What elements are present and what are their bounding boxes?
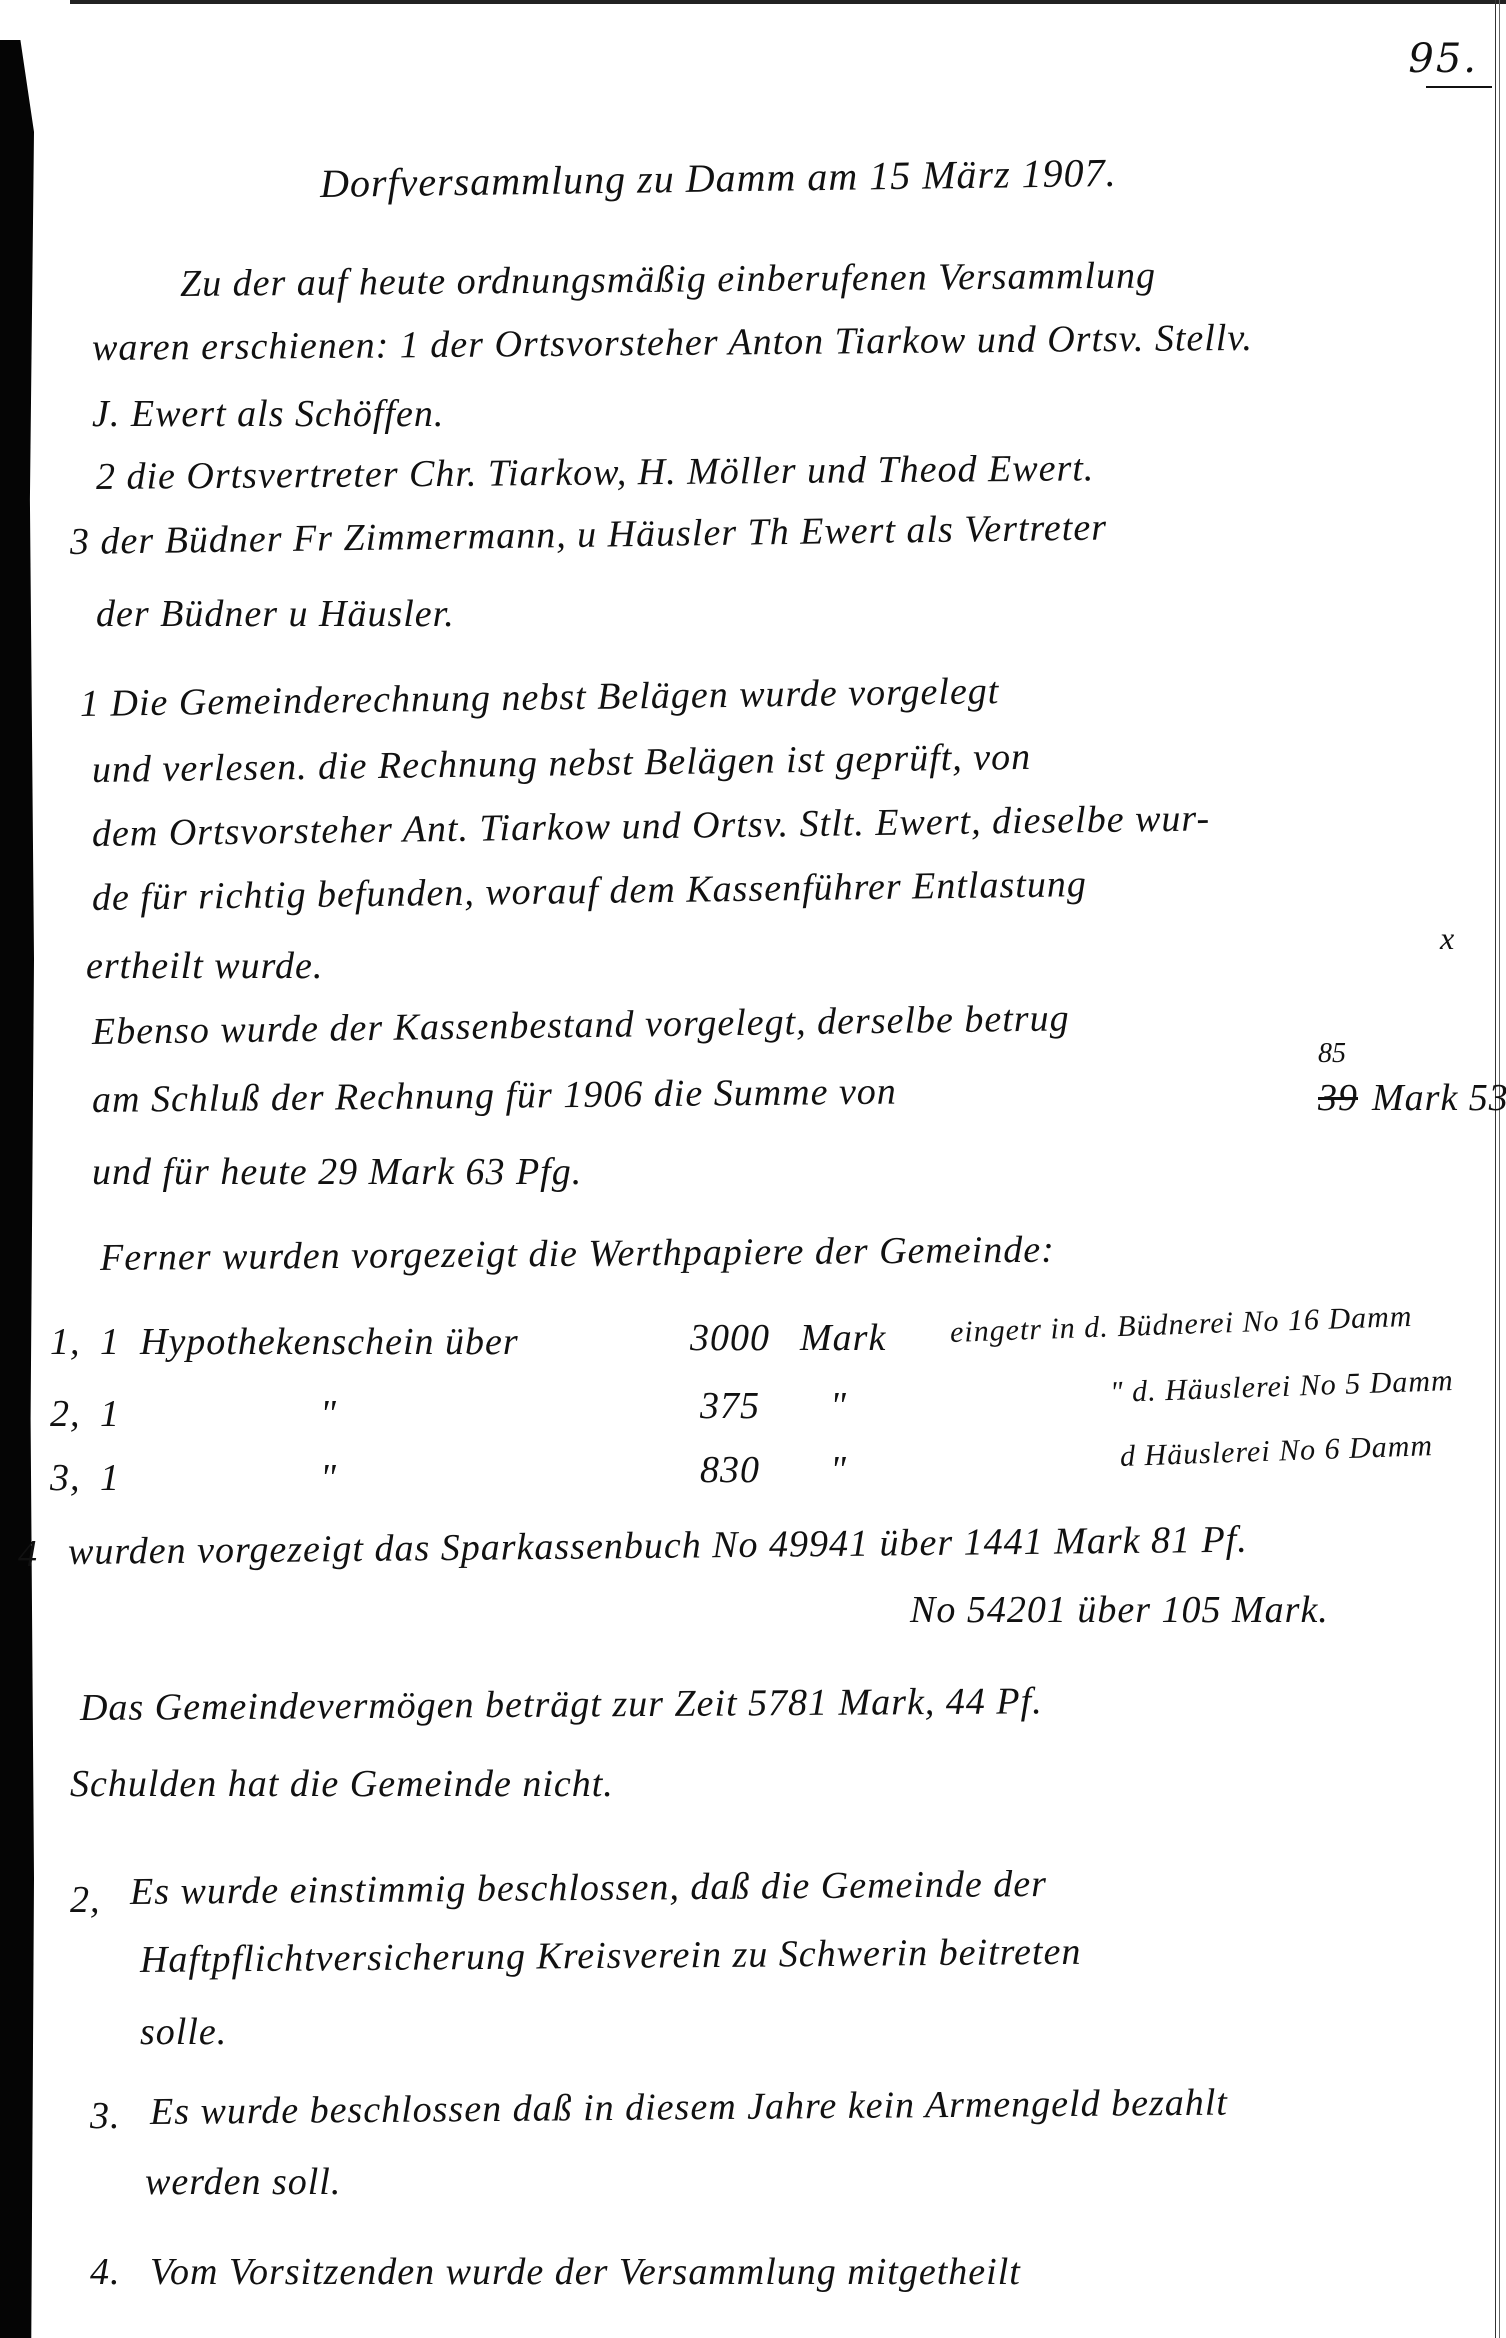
section1-line: dem Ortsvorsteher Ant. Tiarkow und Ortsv…: [92, 796, 1211, 856]
securities-intro: Ferner wurden vorgezeigt die Werthpapier…: [100, 1228, 1055, 1280]
binding-shadow: [0, 40, 34, 2338]
intro-line: Zu der auf heute ordnungsmäßig einberufe…: [180, 253, 1156, 306]
scan-top-edge: [70, 0, 1506, 4]
corrected-amount: 85: [1318, 1038, 1346, 1070]
struck-amount: 39: [1318, 1076, 1358, 1120]
intro-line: 3 der Büdner Fr Zimmermann, u Häusler Th…: [70, 506, 1108, 564]
intro-line: der Büdner u Häusler.: [96, 592, 455, 636]
intro-line: waren erschienen: 1 der Ortsvorsteher An…: [92, 316, 1253, 370]
page-number: 95.: [1408, 36, 1478, 82]
section1-line: und für heute 29 Mark 63 Pfg.: [92, 1150, 582, 1194]
page-number-underline: [1426, 86, 1492, 88]
summary-line: Schulden hat die Gemeinde nicht.: [70, 1762, 614, 1806]
summary-line: Das Gemeindevermögen beträgt zur Zeit 57…: [80, 1679, 1043, 1730]
savings-line: wurden vorgezeigt das Sparkassenbuch No …: [68, 1518, 1248, 1574]
savings-line: No 54201 über 105 Mark.: [910, 1588, 1329, 1632]
section1-line: und verlesen. die Rechnung nebst Belägen…: [92, 735, 1032, 792]
margin-mark: x: [1440, 920, 1454, 957]
section1-line: am Schluß der Rechnung für 1906 die Summ…: [92, 1070, 897, 1122]
cash-unit: Mark 53 Pf: [1372, 1076, 1506, 1120]
section1-line: 1 Die Gemeinderechnung nebst Belägen wur…: [80, 669, 1000, 726]
page-title: Dorfversammlung zu Damm am 15 März 1907.: [320, 149, 1117, 207]
intro-line: 2 die Ortsvertreter Chr. Tiarkow, H. Möl…: [96, 446, 1095, 499]
section1-line: ertheilt wurde.: [86, 944, 323, 988]
section1-line: de für richtig befunden, worauf dem Kass…: [92, 862, 1087, 920]
right-margin-rule: [1495, 0, 1500, 2338]
section1-line: Ebenso wurde der Kassenbestand vorgelegt…: [92, 996, 1070, 1054]
intro-line: J. Ewert als Schöffen.: [92, 392, 444, 436]
savings-num: 4: [18, 1532, 38, 1576]
